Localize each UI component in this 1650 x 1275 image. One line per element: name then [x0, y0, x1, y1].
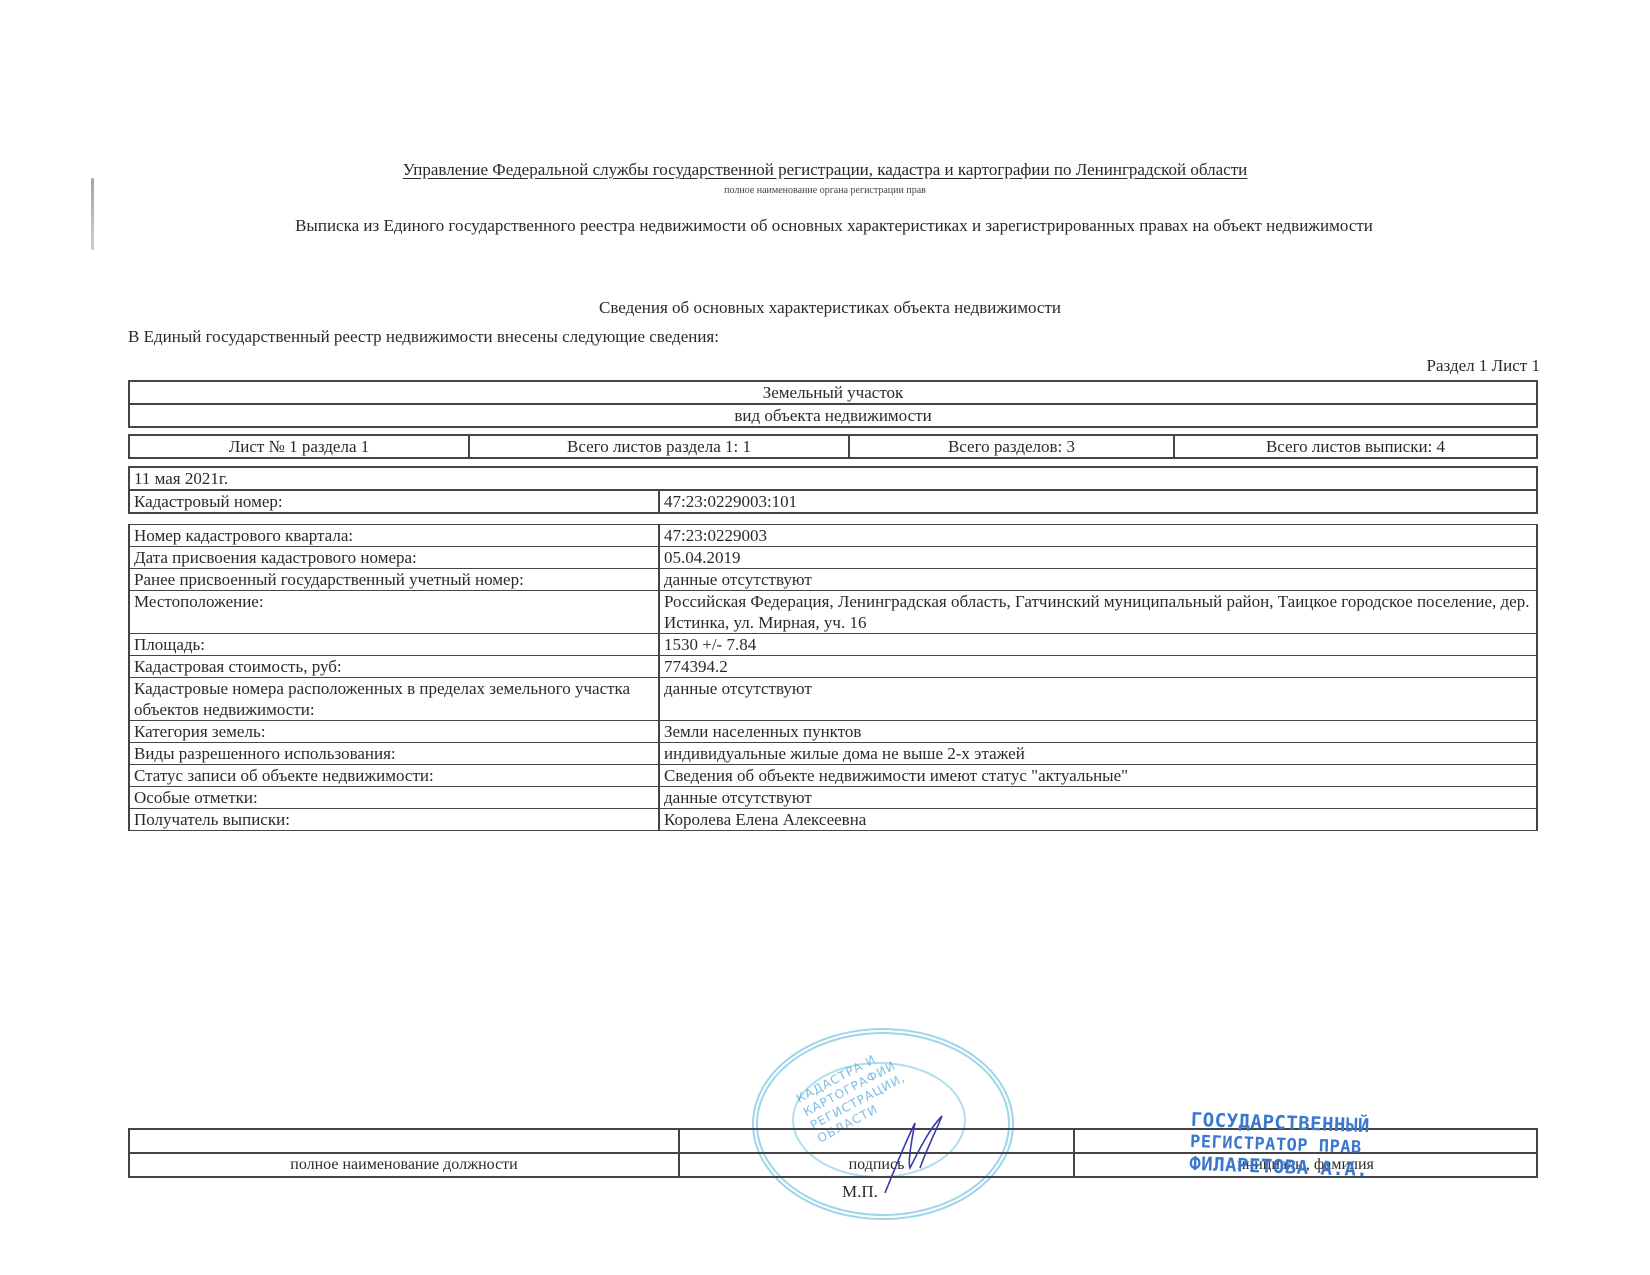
organization-caption: полное наименование органа регистрации п…: [0, 185, 1650, 196]
document-title: Выписка из Единого государственного реес…: [0, 216, 1650, 236]
organization-name: Управление Федеральной службы государств…: [0, 160, 1650, 180]
table-row: Особые отметки:данные отсутствуют: [129, 787, 1537, 809]
table-row: Ранее присвоенный государственный учетны…: [129, 569, 1537, 591]
position-field: [129, 1129, 679, 1153]
signature-field: [679, 1129, 1074, 1153]
date-cadastral-table: 11 мая 2021г. Кадастровый номер: 47:23:0…: [128, 466, 1538, 514]
total-sheets-section: Всего листов раздела 1: 1: [469, 435, 849, 458]
handwritten-signature-icon: [880, 1108, 950, 1198]
cadastral-number-value: 47:23:0229003:101: [659, 490, 1537, 513]
cadastral-number-label: Кадастровый номер:: [129, 490, 659, 513]
table-row: Категория земель:Земли населенных пункто…: [129, 721, 1537, 743]
registrar-stamp: ГОСУДАРСТВЕННЫЙ РЕГИСТРАТОР ПРАВ ФИЛАРЕТ…: [1189, 1109, 1370, 1181]
table-row: Виды разрешенного использования:индивиду…: [129, 743, 1537, 765]
table-row: Кадастровая стоимость, руб:774394.2: [129, 656, 1537, 678]
object-type-table: Земельный участок вид объекта недвижимос…: [128, 380, 1538, 428]
table-row: Номер кадастрового квартала:47:23:022900…: [129, 525, 1537, 547]
table-row: Дата присвоения кадастрового номера:05.0…: [129, 547, 1537, 569]
table-row: Получатель выписки:Королева Елена Алексе…: [129, 809, 1537, 831]
position-caption: полное наименование должности: [129, 1153, 679, 1177]
table-row: Кадастровые номера расположенных в преде…: [129, 678, 1537, 721]
signature-caption: подпись: [679, 1153, 1074, 1177]
intro-text: В Единый государственный реестр недвижим…: [128, 327, 719, 347]
object-type: Земельный участок: [129, 381, 1537, 404]
total-sheets-extract: Всего листов выписки: 4: [1174, 435, 1537, 458]
sheet-reference: Раздел 1 Лист 1: [1427, 356, 1540, 376]
sheets-table: Лист № 1 раздела 1 Всего листов раздела …: [128, 434, 1538, 459]
extract-date: 11 мая 2021г.: [129, 467, 1537, 490]
sheet-number: Лист № 1 раздела 1: [129, 435, 469, 458]
total-sections: Всего разделов: 3: [849, 435, 1174, 458]
object-type-caption: вид объекта недвижимости: [129, 404, 1537, 427]
section-title: Сведения об основных характеристиках объ…: [0, 298, 1650, 318]
characteristics-table: Номер кадастрового квартала:47:23:022900…: [128, 524, 1538, 831]
table-row: Площадь:1530 +/- 7.84: [129, 634, 1537, 656]
seal-place-caption: М.П.: [842, 1182, 878, 1202]
table-row: Местоположение:Российская Федерация, Лен…: [129, 591, 1537, 634]
table-row: Статус записи об объекте недвижимости:Св…: [129, 765, 1537, 787]
